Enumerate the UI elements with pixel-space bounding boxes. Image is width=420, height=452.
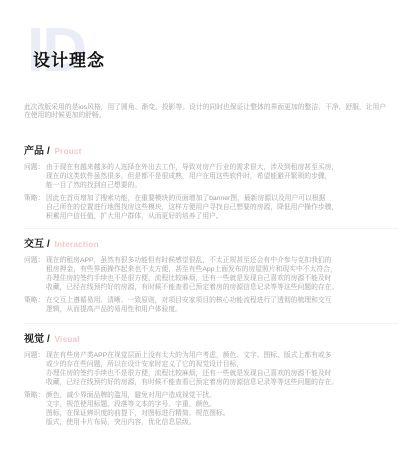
section-visual-subtitle: Visual <box>55 335 80 344</box>
slash-divider: / <box>47 239 50 250</box>
section-interaction-title: 交互 <box>24 239 44 250</box>
problem-label: 问题： <box>24 351 46 360</box>
product-problem-row: 问题： 由于现在有越来越多的人选择在外出去工作，导致对房产行业的需求很大，涉及到… <box>24 163 398 190</box>
intro-paragraph: 此次改版采用的是ios风格，用了圆角、渐变、投影等。设计的同时也保证让整体的界面… <box>24 104 398 120</box>
section-product-title: 产品 <box>24 146 44 157</box>
section-interaction-subtitle: Interaction <box>55 240 99 249</box>
section-product-heading: 产品/ Prouct <box>24 146 398 158</box>
product-strategy-text: 因此在首页增加了搜索功能，在重要模块的页面增加了banner图，最新房源以及用户… <box>46 194 398 221</box>
section-visual-title: 视觉 <box>24 334 44 345</box>
slash-divider: / <box>47 146 50 157</box>
visual-strategy-text: 颜色，减少界面品牌的滥用，避免对用户造成视觉干扰。 文字，规范使用标题、段落等文… <box>46 391 398 427</box>
problem-label: 问题： <box>24 256 46 265</box>
interaction-strategy-row: 策略： 在交互上遵循易用、清晰、一致原则，对项目安家项目的核心功能流程进行了透彻… <box>24 296 398 314</box>
strategy-label: 策略： <box>24 194 46 203</box>
strategy-label: 策略： <box>24 296 46 305</box>
interaction-strategy-text: 在交互上遵循易用、清晰、一致原则，对项目安家项目的核心功能流程进行了透彻的梳理和… <box>46 296 398 314</box>
section-divider <box>24 228 398 229</box>
product-strategy-row: 策略： 因此在首页增加了搜索功能，在重要模块的页面增加了banner图，最新房源… <box>24 194 398 221</box>
section-visual-heading: 视觉/ Visual <box>24 334 398 346</box>
section-visual: 视觉/ Visual 问题： 现在有些房产类APP在视觉层面上没有太大的为用户考… <box>24 334 398 427</box>
visual-problem-row: 问题： 现在有些房产类APP在视觉层面上没有太大的为用户考虑，颜色、文字、图标、… <box>24 351 398 387</box>
design-concept-page: ID 设计理念 此次改版采用的是ios风格，用了圆角、渐变、投影等。设计的同时也… <box>0 0 420 452</box>
section-interaction: 交互/ Interaction 问题： 现在的租房APP，虽然有很多功能但有时候… <box>24 239 398 314</box>
page-title: 设计理念 <box>33 51 105 71</box>
interaction-problem-text: 现在的租房APP，虽然有很多功能但有时候感觉很乱，不太正规甚至还会有中介参与克扣… <box>46 256 398 292</box>
slash-divider: / <box>47 334 50 345</box>
section-product-subtitle: Prouct <box>55 147 82 156</box>
strategy-label: 策略： <box>24 391 46 400</box>
problem-label: 问题： <box>24 163 46 172</box>
section-product: 产品/ Prouct 问题： 由于现在有越来越多的人选择在外出去工作，导致对房产… <box>24 146 398 221</box>
section-divider <box>24 323 398 324</box>
visual-strategy-row: 策略： 颜色，减少界面品牌的滥用，避免对用户造成视觉干扰。 文字，规范使用标题、… <box>24 391 398 427</box>
section-interaction-heading: 交互/ Interaction <box>24 239 398 251</box>
product-problem-text: 由于现在有越来越多的人选择在外出去工作，导致对房产行业的需求很大，涉及到租房甚至… <box>46 163 398 190</box>
interaction-problem-row: 问题： 现在的租房APP，虽然有很多功能但有时候感觉很乱，不太正规甚至还会有中介… <box>24 256 398 292</box>
visual-problem-text: 现在有些房产类APP在视觉层面上没有太大的为用户考虑，颜色、文字、图标、版式上都… <box>46 351 398 387</box>
